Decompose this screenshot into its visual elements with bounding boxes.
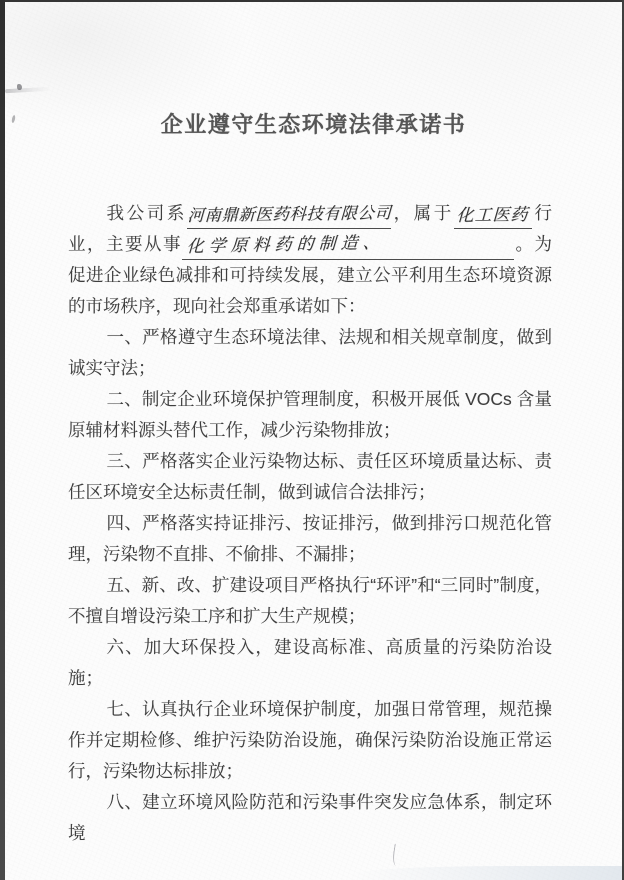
- intro-lead-text: 我公司系: [107, 203, 187, 223]
- commitment-item-5: 五、新、改、扩建设项目严格执行“环评”和“三同时”制度，不擅自增设污染工序和扩大…: [68, 570, 552, 632]
- intro-paragraph: 我公司系河南鼎新医药科技有限公司，属于化工医药行业，主要从事化学原料药的制造、。…: [68, 198, 552, 322]
- business-handwriting: 化学原料药的制造、: [186, 230, 385, 260]
- commitment-item-8: 八、建立环境风险防范和污染事件突发应急体系，制定环境: [68, 787, 552, 849]
- industry-blank: 化工医药: [454, 202, 532, 229]
- document-title: 企业遵守生态环境法律承诺书: [5, 2, 622, 140]
- business-blank: 化学原料药的制造、: [182, 233, 514, 260]
- commitment-item-7: 七、认真执行企业环境保护制度，加强日常管理，规范操作并定期检修、维护污染防治设施…: [68, 694, 552, 787]
- commitment-item-6: 六、加大环保投入，建设高标准、高质量的污染防治设施；: [68, 632, 552, 694]
- commitment-item-3: 三、严格落实企业污染物达标、责任区环境质量达标、责任区环境安全达标责任制，做到诚…: [68, 446, 552, 508]
- scan-edge-left: [0, 0, 5, 880]
- company-name-blank: 河南鼎新医药科技有限公司: [187, 202, 391, 229]
- document-page: 企业遵守生态环境法律承诺书 我公司系河南鼎新医药科技有限公司，属于化工医药行业，…: [5, 2, 622, 880]
- commitment-item-2: 二、制定企业环境保护管理制度，积极开展低 VOCs 含量原辅材料源头替代工作，减…: [68, 384, 552, 446]
- commitment-item-4: 四、严格落实持证排污、按证排污，做到排污口规范化管理，污染物不直排、不偷排、不漏…: [68, 508, 552, 570]
- intro-after-company-text: ，属于: [391, 203, 454, 223]
- scan-edge-top: [0, 0, 624, 2]
- scan-shadow-artifact: [352, 866, 622, 880]
- industry-handwriting: 化工医药: [456, 202, 529, 229]
- commitment-item-1: 一、严格遵守生态环境法律、法规和相关规章制度，做到诚实守法；: [68, 322, 552, 384]
- document-body: 我公司系河南鼎新医药科技有限公司，属于化工医药行业，主要从事化学原料药的制造、。…: [68, 198, 552, 849]
- company-name-handwriting: 河南鼎新医药科技有限公司: [187, 200, 392, 229]
